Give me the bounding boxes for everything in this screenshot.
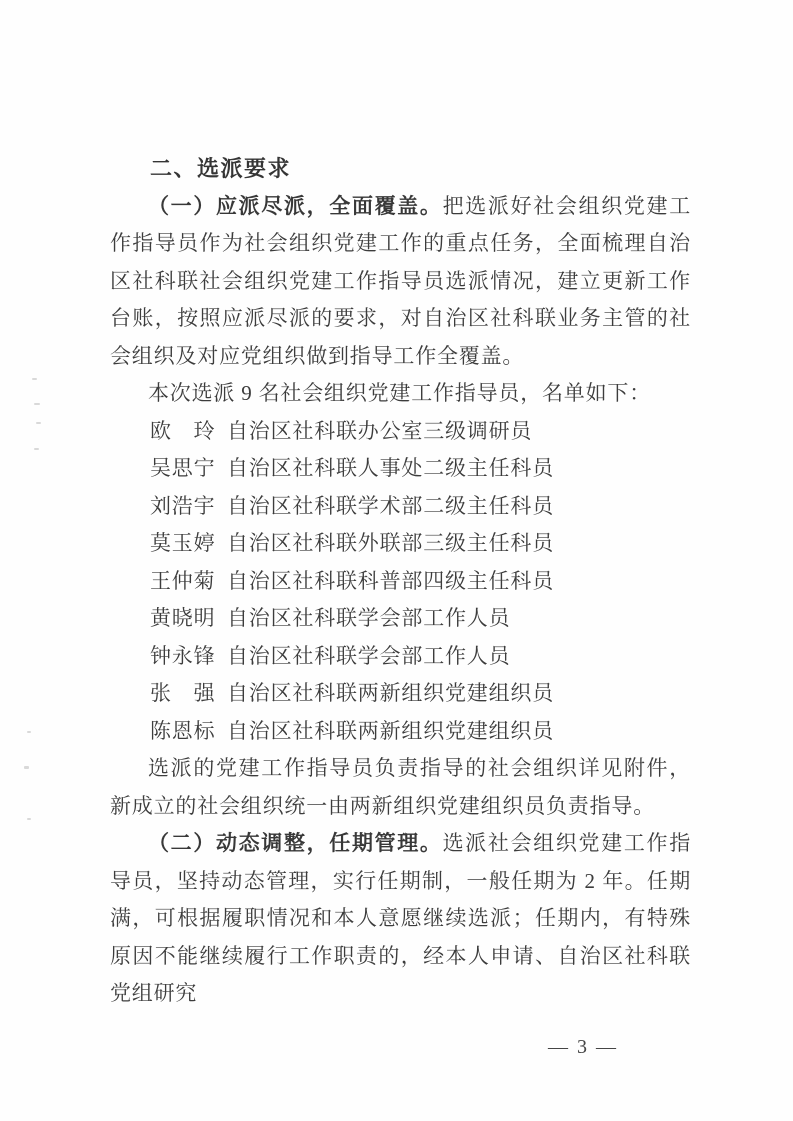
scan-speckle <box>32 378 37 380</box>
section-heading: 二、选派要求 <box>110 150 691 188</box>
roster-row: 欧 玲自治区社科联办公室三级调研员 <box>110 413 691 451</box>
person-title: 自治区社科联办公室三级调研员 <box>227 419 532 443</box>
person-name: 黄晓明 <box>150 600 217 638</box>
paragraph-text: 选派社会组织党建工作指导员，坚持动态管理，实行任期制，一般任期为 2 年。任期满… <box>110 831 691 1005</box>
person-title: 自治区社科联学会部工作人员 <box>227 606 510 630</box>
person-name: 欧 玲 <box>150 413 217 451</box>
scan-speckle <box>36 422 41 424</box>
person-name: 吴思宁 <box>150 450 217 488</box>
person-name: 王仲菊 <box>150 563 217 601</box>
person-title: 自治区社科联两新组织党建组织员 <box>227 719 554 743</box>
page-number: — 3 — <box>548 1036 618 1059</box>
scan-speckle <box>27 818 31 820</box>
paragraph-term-management: （二）动态调整，任期管理。选派社会组织党建工作指导员，坚持动态管理，实行任期制，… <box>110 825 691 1013</box>
roster-row: 莫玉婷自治区社科联外联部三级主任科员 <box>110 525 691 563</box>
roster-row: 钟永锋自治区社科联学会部工作人员 <box>110 638 691 676</box>
paragraph-text: 把选派好社会组织党建工作指导员作为社会组织党建工作的重点任务，全面梳理自治区社科… <box>110 194 691 368</box>
person-title: 自治区社科联科普部四级主任科员 <box>227 569 554 593</box>
person-title: 自治区社科联两新组织党建组织员 <box>227 681 554 705</box>
roster-row: 王仲菊自治区社科联科普部四级主任科员 <box>110 563 691 601</box>
person-name: 钟永锋 <box>150 638 217 676</box>
paragraph-roster-intro: 本次选派 9 名社会组织党建工作指导员，名单如下： <box>110 375 691 413</box>
person-title: 自治区社科联人事处二级主任科员 <box>227 456 554 480</box>
paragraph-lead: （二）动态调整，任期管理。 <box>148 831 443 855</box>
document-page: 二、选派要求 （一）应派尽派，全面覆盖。把选派好社会组织党建工作指导员作为社会组… <box>0 0 793 1121</box>
roster-row: 黄晓明自治区社科联学会部工作人员 <box>110 600 691 638</box>
paragraph-lead: （一）应派尽派，全面覆盖。 <box>148 194 443 218</box>
roster-row: 刘浩宇自治区社科联学术部二级主任科员 <box>110 488 691 526</box>
person-title: 自治区社科联外联部三级主任科员 <box>227 531 554 555</box>
scan-speckle <box>27 731 31 733</box>
document-body: 二、选派要求 （一）应派尽派，全面覆盖。把选派好社会组织党建工作指导员作为社会组… <box>110 150 691 1013</box>
person-title: 自治区社科联学会部工作人员 <box>227 644 510 668</box>
roster: 欧 玲自治区社科联办公室三级调研员 吴思宁自治区社科联人事处二级主任科员 刘浩宇… <box>110 413 691 751</box>
scan-speckle <box>24 766 29 769</box>
scan-speckle <box>34 403 40 405</box>
paragraph-selection-coverage: （一）应派尽派，全面覆盖。把选派好社会组织党建工作指导员作为社会组织党建工作的重… <box>110 188 691 376</box>
person-name: 莫玉婷 <box>150 525 217 563</box>
scan-speckle <box>34 448 39 450</box>
roster-row: 吴思宁自治区社科联人事处二级主任科员 <box>110 450 691 488</box>
person-title: 自治区社科联学术部二级主任科员 <box>227 494 554 518</box>
paragraph-attachment-note: 选派的党建工作指导员负责指导的社会组织详见附件，新成立的社会组织统一由两新组织党… <box>110 750 691 825</box>
roster-row: 张 强自治区社科联两新组织党建组织员 <box>110 675 691 713</box>
person-name: 刘浩宇 <box>150 488 217 526</box>
person-name: 陈恩标 <box>150 713 217 751</box>
person-name: 张 强 <box>150 675 217 713</box>
roster-row: 陈恩标自治区社科联两新组织党建组织员 <box>110 713 691 751</box>
